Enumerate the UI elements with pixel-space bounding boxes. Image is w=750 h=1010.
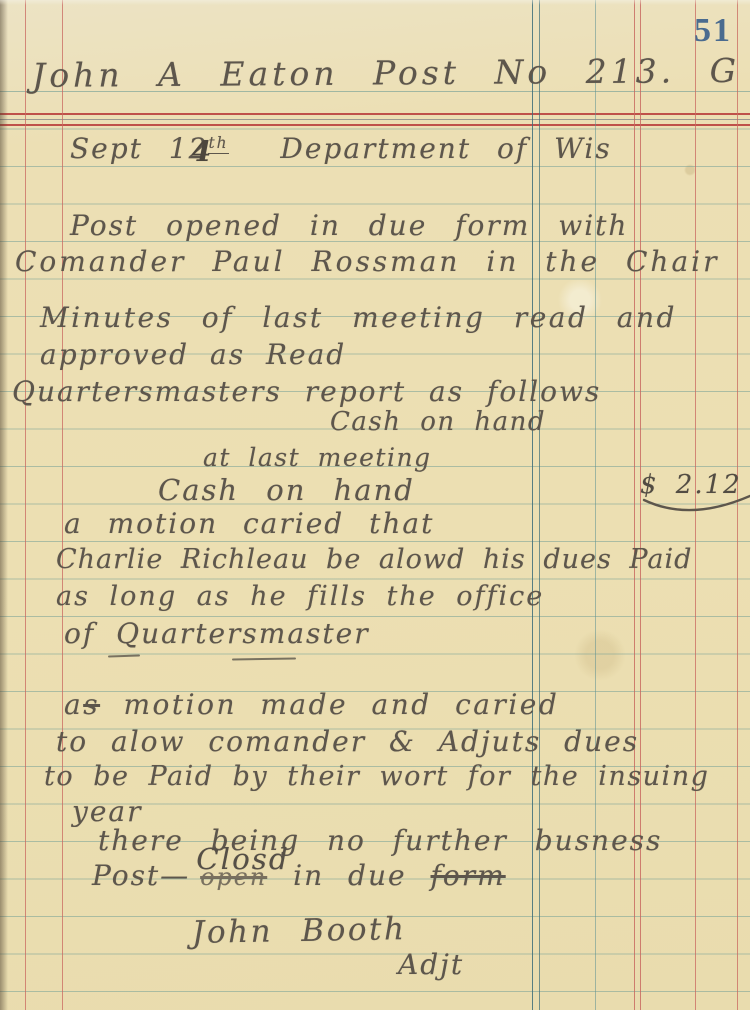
line-qm-report: Quartersmasters report as follows	[12, 377, 601, 406]
line-approved: approved as Read	[40, 340, 346, 369]
line-comander: Comander Paul Rossman in the Chair	[15, 247, 720, 276]
closed-mid: in due	[293, 859, 430, 892]
closed-form-flourish: form	[431, 859, 506, 892]
line-year: year	[72, 797, 142, 826]
ledger-page: 51 John A Eaton Post No 213. G A R Sept …	[0, 0, 750, 1010]
line-motion-2: as motion made and caried	[64, 690, 559, 719]
overwritten-digit: 24	[189, 134, 209, 163]
closed-overwrite: openClosd	[200, 861, 267, 890]
line-post-closed: Post—openClosdin due form	[92, 861, 506, 890]
line-to-be-paid: to be Paid by their wort for the insuing	[44, 763, 709, 791]
line-at-last-meeting: at last meeting	[203, 445, 432, 471]
line-cash-on-hand-2: Cash on hand	[158, 475, 415, 505]
line-no-further-busness: there being no further busness	[98, 826, 662, 855]
page-title: John A Eaton Post No 213. G A R	[32, 53, 750, 93]
line-motion-1: a motion caried that	[64, 509, 434, 538]
signature-name: John Booth	[192, 913, 407, 949]
motion2-struck-letter: s	[83, 688, 100, 721]
line-minutes: Minutes of last meeting read and	[40, 303, 677, 332]
left-margin-line-2	[62, 0, 63, 1010]
motion2-rest: motion made and caried	[100, 688, 559, 721]
line-to-alow: to alow comander & Adjuts dues	[56, 727, 639, 756]
signature-title: Adjt	[398, 950, 464, 979]
date-line: Sept 124th Department of Wis	[70, 134, 612, 163]
date-rest: Department of Wis	[280, 132, 611, 165]
closed-prefix: Post—	[92, 859, 190, 892]
line-post-opened: Post opened in due form with	[70, 211, 628, 240]
page-number: 51	[694, 12, 732, 50]
date-prefix: Sept 1	[70, 132, 189, 165]
amount-underline-flourish	[640, 492, 750, 518]
left-margin-line-1	[25, 0, 26, 1010]
motion2-prefix: a	[64, 688, 83, 721]
line-cash-on-hand-1: Cash on hand	[330, 409, 546, 436]
line-charlie: Charlie Richleau be alowd his dues Paid	[56, 546, 692, 574]
line-as-long: as long as he fills the office	[56, 583, 544, 611]
line-of-quartersmaster: of Quartersmaster	[64, 619, 370, 648]
